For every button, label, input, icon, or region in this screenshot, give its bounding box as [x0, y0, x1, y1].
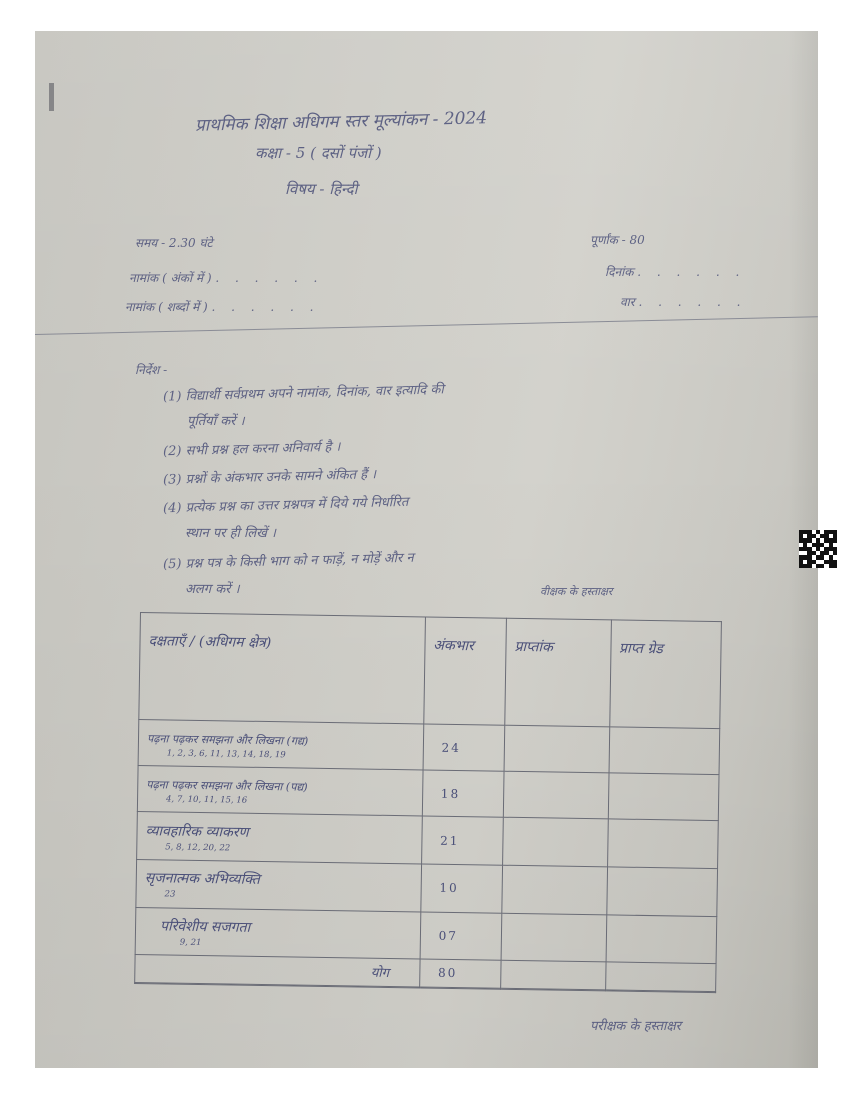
- marks-weight-cell: 10: [421, 864, 503, 913]
- grade-cell: [606, 914, 717, 963]
- header-grade-obtained: प्राप्त ग्रेड: [609, 620, 721, 729]
- grade-cell: [606, 867, 717, 916]
- competency-cell: व्यावहारिक व्याकरण 5, 8, 12, 20, 22: [137, 812, 422, 864]
- instruction-3: (3) प्रश्नों के अंकभार उनके सामने अंकित …: [163, 464, 377, 488]
- marks-weight-cell: 24: [423, 724, 505, 771]
- header-class: कक्षा - 5 ( दसों पंजों ): [255, 143, 382, 163]
- marks-obtained-cell: [504, 725, 609, 773]
- instruction-4-cont: स्थान पर ही लिखें ।: [185, 523, 276, 541]
- header-marks-obtained: प्राप्तांक: [505, 618, 611, 727]
- marks-weight-cell: 07: [420, 911, 502, 960]
- header-marks-weight: अंकभार: [423, 617, 506, 725]
- instruction-1-cont: पूर्तियाँ करें ।: [187, 411, 245, 429]
- marks-obtained-cell: [502, 865, 607, 914]
- roll-number-words-label: नामांक ( शब्दों में ) . . . . . .: [125, 298, 320, 315]
- max-marks-label: पूर्णांक - 80: [590, 231, 645, 248]
- marks-obtained-cell: [501, 913, 606, 962]
- marks-weight-cell: 18: [422, 770, 504, 817]
- header-title: प्राथमिक शिक्षा अधिगम स्तर मूल्यांकन - 2…: [195, 105, 488, 136]
- margin-mark: [49, 83, 54, 111]
- instruction-4: (4) प्रत्येक प्रश्न का उत्तर प्रश्नपत्र …: [163, 492, 409, 516]
- instruction-5-cont: अलग करें ।: [185, 579, 240, 597]
- instructions-title: निर्देश -: [135, 361, 167, 378]
- marks-obtained-cell: [503, 771, 608, 819]
- time-label: समय - 2.30 घंटे: [135, 234, 213, 251]
- total-obtained-cell: [501, 960, 606, 989]
- grade-cell: [607, 819, 718, 868]
- invigilator-signature-label: वीक्षक के हस्ताक्षर: [540, 584, 612, 599]
- competency-cell: परिवेशीय सजगता 9, 21: [135, 907, 420, 959]
- marks-weight-cell: 21: [421, 816, 503, 865]
- instruction-2: (2) सभी प्रश्न हल करना अनिवार्य है ।: [163, 437, 341, 460]
- header-subject: विषय - हिन्दी: [285, 179, 358, 199]
- grade-cell: [608, 773, 719, 821]
- marks-table: दक्षताएँ / (अधिगम क्षेत्र) अंकभार प्राप्…: [134, 612, 722, 993]
- header-competency: दक्षताएँ / (अधिगम क्षेत्र): [139, 613, 425, 724]
- examiner-signature-label: परीक्षक के हस्ताक्षर: [590, 1016, 681, 1034]
- table-header-row: दक्षताएँ / (अधिगम क्षेत्र) अंकभार प्राप्…: [139, 613, 722, 729]
- marks-obtained-cell: [503, 818, 608, 867]
- competency-cell: सृजनात्मक अभिव्यक्ति 23: [136, 859, 421, 911]
- day-label: वार . . . . . .: [620, 293, 747, 310]
- competency-cell: पढ़ना पढ़कर समझना और लिखना (गद्य) 1, 2, …: [138, 719, 423, 770]
- grade-cell: [609, 727, 720, 775]
- competency-cell: पढ़ना पढ़कर समझना और लिखना (पद्य) 4, 7, …: [137, 766, 422, 817]
- total-grade-cell: [605, 962, 716, 991]
- qr-code-icon: [799, 530, 837, 568]
- instruction-1: (1) विद्यार्थी सर्वप्रथम अपने नामांक, दि…: [163, 379, 444, 404]
- total-marks-cell: 80: [419, 959, 501, 988]
- instruction-5: (5) प्रश्न पत्र के किसी भाग को न फाड़ें,…: [163, 548, 414, 573]
- separator-line: [35, 316, 818, 335]
- date-label: दिनांक . . . . . .: [605, 263, 745, 280]
- roll-number-digits-label: नामांक ( अंकों में ) . . . . . .: [129, 269, 323, 286]
